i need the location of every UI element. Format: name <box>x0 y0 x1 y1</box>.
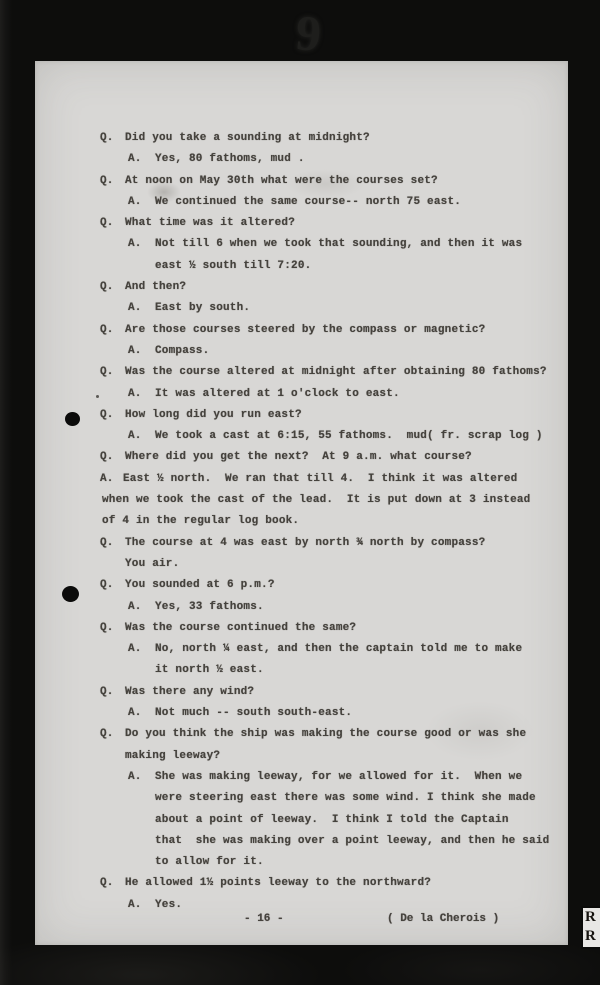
line-text: Yes. <box>155 899 182 911</box>
speaker-label: A. <box>100 473 114 485</box>
transcript-line: A.We took a cast at 6:15, 55 fathoms. mu… <box>35 426 568 447</box>
transcript-line: Q.Where did you get the next? At 9 a.m. … <box>35 447 568 468</box>
line-text: Was there any wind? <box>125 686 254 698</box>
transcript-line: A.East ½ north. We ran that till 4. I th… <box>35 469 568 490</box>
line-text: Yes, 33 fathoms. <box>155 601 264 613</box>
speaker-label: Q. <box>100 175 114 187</box>
line-text: East ½ north. We ran that till 4. I thin… <box>123 473 517 485</box>
speaker-label: Q. <box>100 877 114 889</box>
transcript-line: Q.Did you take a sounding at midnight? <box>35 128 568 149</box>
line-text: She was making leeway, for we allowed fo… <box>155 771 522 783</box>
transcript-line: east ½ south till 7:20. <box>35 256 568 277</box>
page-number: - 16 - <box>244 913 284 925</box>
transcript-line: A.Not much -- south south-east. <box>35 703 568 724</box>
speaker-label: Q. <box>100 686 114 698</box>
line-text: Where did you get the next? At 9 a.m. wh… <box>125 451 472 463</box>
line-text: when we took the cast of the lead. It is… <box>102 494 530 506</box>
transcript-line: Q.He allowed 1½ points leeway to the nor… <box>35 873 568 894</box>
document-page: Q.Did you take a sounding at midnight?A.… <box>35 61 568 945</box>
line-text: of 4 in the regular log book. <box>102 515 299 527</box>
line-text: Are those courses steered by the compass… <box>125 324 485 336</box>
speaker-label: A. <box>128 707 142 719</box>
speaker-label: A. <box>128 345 142 357</box>
transcript-line: A.No, north ¼ east, and then the captain… <box>35 639 568 660</box>
transcript-line: Q.At noon on May 30th what were the cour… <box>35 171 568 192</box>
line-text: You air. <box>125 558 179 570</box>
line-text: We continued the same course-- north 75 … <box>155 196 461 208</box>
page-footer: - 16 - ( De la Cherois ) <box>35 913 568 935</box>
edge-tab: R R <box>581 906 600 949</box>
transcript-line: Q.Was there any wind? <box>35 682 568 703</box>
line-text: Compass. <box>155 345 209 357</box>
line-text: How long did you run east? <box>125 409 302 421</box>
line-text: He allowed 1½ points leeway to the north… <box>125 877 431 889</box>
line-text: to allow for it. <box>155 856 264 868</box>
line-text: making leeway? <box>125 750 220 762</box>
transcript-line: Q.The course at 4 was east by north ¾ no… <box>35 533 568 554</box>
speaker-label: Q. <box>100 324 114 336</box>
speaker-label: Q. <box>100 409 114 421</box>
line-text: east ½ south till 7:20. <box>155 260 311 272</box>
speaker-label: Q. <box>100 728 114 740</box>
speaker-label: Q. <box>100 622 114 634</box>
transcript: Q.Did you take a sounding at midnight?A.… <box>35 128 568 916</box>
line-text: Do you think the ship was making the cou… <box>125 728 526 740</box>
edge-tab-letter: R <box>585 908 600 927</box>
line-text: It was altered at 1 o'clock to east. <box>155 388 400 400</box>
transcript-line: Q.Are those courses steered by the compa… <box>35 320 568 341</box>
speaker-label: A. <box>128 388 142 400</box>
speaker-label: Q. <box>100 537 114 549</box>
line-text: Did you take a sounding at midnight? <box>125 132 370 144</box>
transcript-line: to allow for it. <box>35 852 568 873</box>
speaker-label: A. <box>128 302 142 314</box>
line-text: You sounded at 6 p.m.? <box>125 579 275 591</box>
transcript-line: were steering east there was some wind. … <box>35 788 568 809</box>
speaker-label: Q. <box>100 366 114 378</box>
speaker-label: Q. <box>100 217 114 229</box>
transcript-line: A.We continued the same course-- north 7… <box>35 192 568 213</box>
transcript-line: Q.Was the course altered at midnight aft… <box>35 362 568 383</box>
speaker-label: Q. <box>100 451 114 463</box>
speaker-label: A. <box>128 601 142 613</box>
speaker-label: Q. <box>100 132 114 144</box>
transcript-line: Q.How long did you run east? <box>35 405 568 426</box>
line-text: Was the course continued the same? <box>125 622 356 634</box>
transcript-line: A.East by south. <box>35 298 568 319</box>
transcript-line: it north ½ east. <box>35 660 568 681</box>
speaker-label: Q. <box>100 281 114 293</box>
line-text: Yes, 80 fathoms, mud . <box>155 153 305 165</box>
ghost-page-number: 9 <box>294 3 323 63</box>
transcript-line: that she was making over a point leeway,… <box>35 831 568 852</box>
transcript-line: making leeway? <box>35 746 568 767</box>
speaker-label: A. <box>128 196 142 208</box>
transcript-line: You air. <box>35 554 568 575</box>
speaker-label: A. <box>128 899 142 911</box>
line-text: At noon on May 30th what were the course… <box>125 175 438 187</box>
witness-attribution: ( De la Cherois ) <box>387 913 499 925</box>
speaker-label: A. <box>128 643 142 655</box>
speaker-label: A. <box>128 153 142 165</box>
line-text: were steering east there was some wind. … <box>155 792 536 804</box>
edge-tab-letter: R <box>585 927 600 946</box>
transcript-line: A.Yes, 80 fathoms, mud . <box>35 149 568 170</box>
speaker-label: A. <box>128 238 142 250</box>
transcript-line: Q.And then? <box>35 277 568 298</box>
transcript-line: A.She was making leeway, for we allowed … <box>35 767 568 788</box>
speaker-label: A. <box>128 430 142 442</box>
transcript-line: when we took the cast of the lead. It is… <box>35 490 568 511</box>
line-text: Not much -- south south-east. <box>155 707 352 719</box>
line-text: We took a cast at 6:15, 55 fathoms. mud(… <box>155 430 543 442</box>
line-text: No, north ¼ east, and then the captain t… <box>155 643 522 655</box>
line-text: And then? <box>125 281 186 293</box>
line-text: it north ½ east. <box>155 664 264 676</box>
speaker-label: A. <box>128 771 142 783</box>
line-text: about a point of leeway. I think I told … <box>155 814 509 826</box>
transcript-line: A.Yes, 33 fathoms. <box>35 597 568 618</box>
transcript-line: Q.What time was it altered? <box>35 213 568 234</box>
line-text: What time was it altered? <box>125 217 295 229</box>
transcript-line: A.Compass. <box>35 341 568 362</box>
transcript-line: Q.You sounded at 6 p.m.? <box>35 575 568 596</box>
transcript-line: of 4 in the regular log book. <box>35 511 568 532</box>
line-text: that she was making over a point leeway,… <box>155 835 549 847</box>
line-text: East by south. <box>155 302 250 314</box>
transcript-line: A.It was altered at 1 o'clock to east. <box>35 384 568 405</box>
transcript-line: A.Not till 6 when we took that sounding,… <box>35 234 568 255</box>
speaker-label: Q. <box>100 579 114 591</box>
transcript-line: Q.Do you think the ship was making the c… <box>35 724 568 745</box>
transcript-line: Q.Was the course continued the same? <box>35 618 568 639</box>
line-text: Was the course altered at midnight after… <box>125 366 547 378</box>
transcript-line: about a point of leeway. I think I told … <box>35 810 568 831</box>
line-text: The course at 4 was east by north ¾ nort… <box>125 537 485 549</box>
line-text: Not till 6 when we took that sounding, a… <box>155 238 522 250</box>
